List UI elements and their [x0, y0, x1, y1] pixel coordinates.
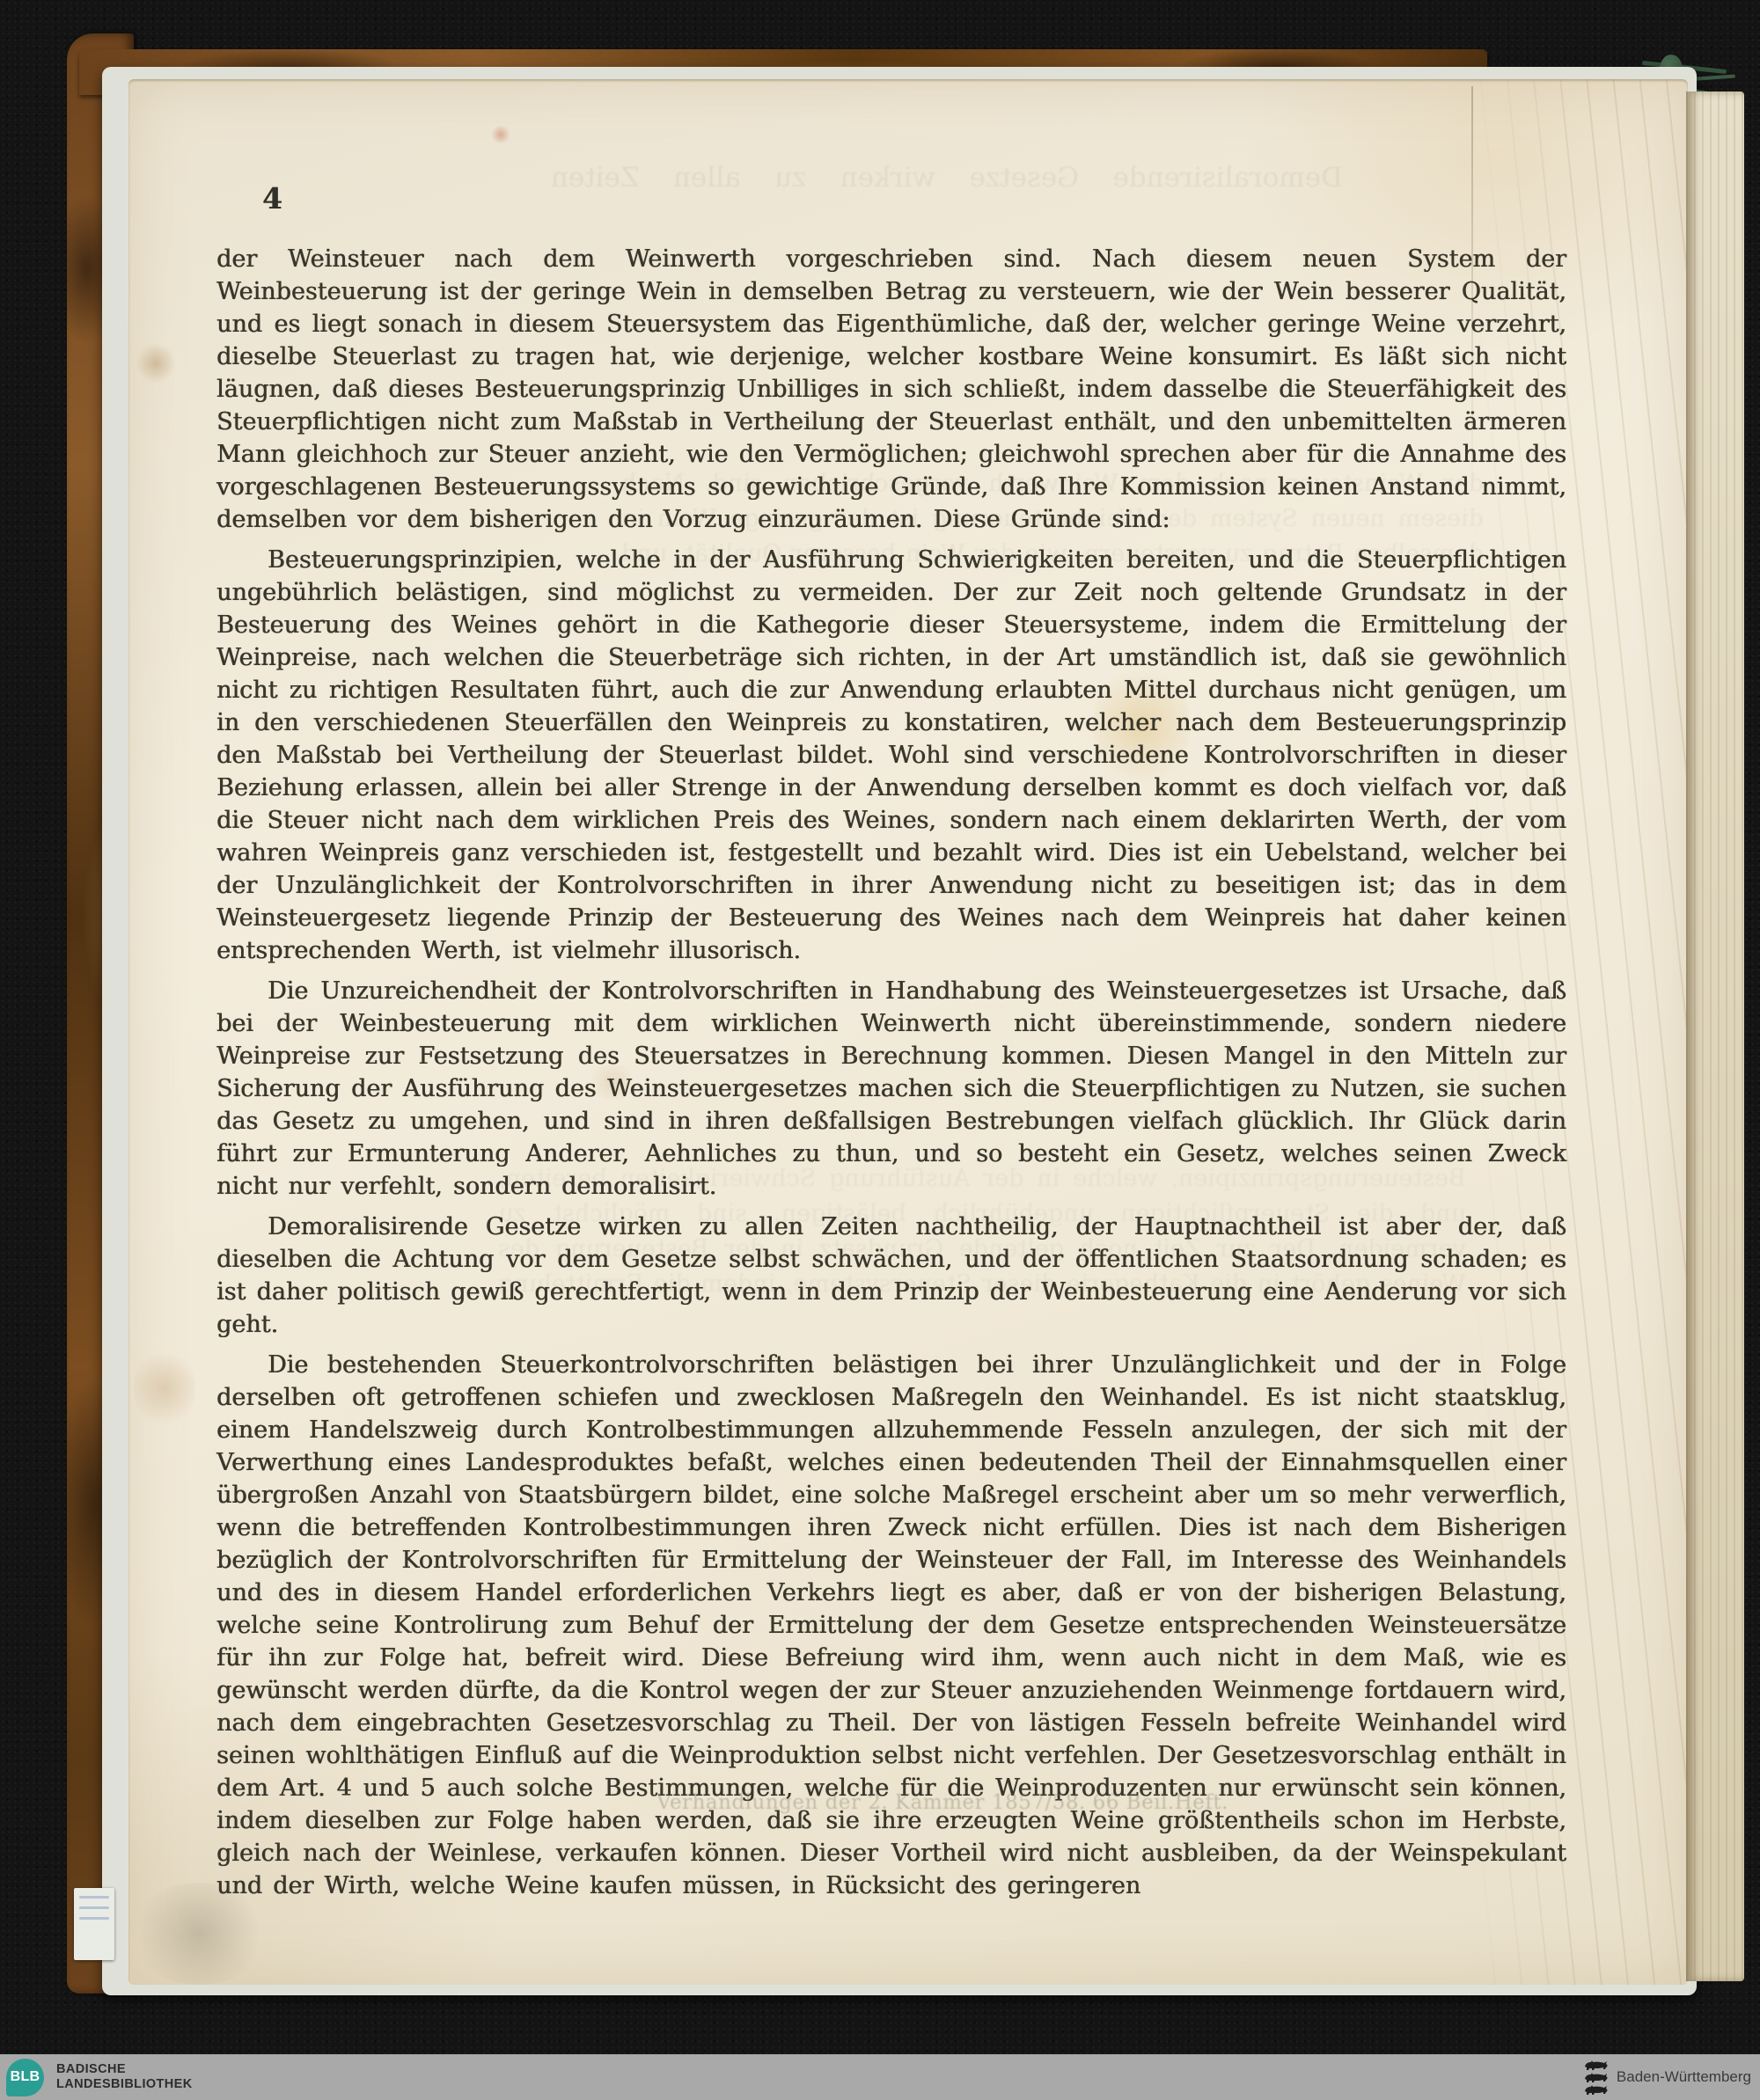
paragraph: Demoralisirende Gesetze wirken zu allen …	[216, 1211, 1566, 1341]
bleed-through-signature-line: Verhandlungen der 2. Kammer 1857/58. 66 …	[656, 1791, 1228, 1814]
library-footer-bar: BLB BADISCHE LANDESBIBLIOTHEK Baden-Würt…	[0, 2054, 1760, 2100]
paragraph: der Weinsteuer nach dem Weinwerth vorges…	[216, 243, 1566, 536]
cover-shelfmark-label	[74, 1888, 114, 1960]
scan-viewport: Demoralisirende Gesetze wirken zu allen …	[0, 0, 1760, 2100]
paragraph: Die bestehenden Steuerkontrolvorschrifte…	[216, 1349, 1566, 1902]
paragraph: Besteuerungsprinzipien, welche in der Au…	[216, 544, 1566, 967]
paragraph: Die Unzureichendheit der Kontrolvorschri…	[216, 975, 1566, 1203]
page-number: 4	[262, 181, 282, 216]
adjacent-page-fore-edge	[1686, 91, 1744, 1981]
library-branding: BLB BADISCHE LANDESBIBLIOTHEK	[0, 2059, 193, 2096]
library-name-line1: BADISCHE	[56, 2062, 193, 2077]
paper-stain	[134, 1346, 195, 1430]
state-branding: Baden-Württemberg	[1583, 2058, 1751, 2096]
paper-stain	[136, 343, 176, 384]
baden-wuerttemberg-lions-icon	[1583, 2058, 1610, 2096]
paper-stain	[491, 125, 510, 144]
library-name-line2: LANDESBIBLIOTHEK	[56, 2077, 193, 2092]
blb-logo-icon: BLB	[6, 2059, 44, 2096]
page-text-block: der Weinsteuer nach dem Weinwerth vorges…	[216, 243, 1566, 1910]
bleed-through-text: Demoralisirende Gesetze wirken zu allen …	[551, 160, 1343, 201]
state-label: Baden-Württemberg	[1617, 2068, 1751, 2086]
book-page: Demoralisirende Gesetze wirken zu allen …	[128, 79, 1688, 1985]
library-name: BADISCHE LANDESBIBLIOTHEK	[56, 2062, 193, 2092]
